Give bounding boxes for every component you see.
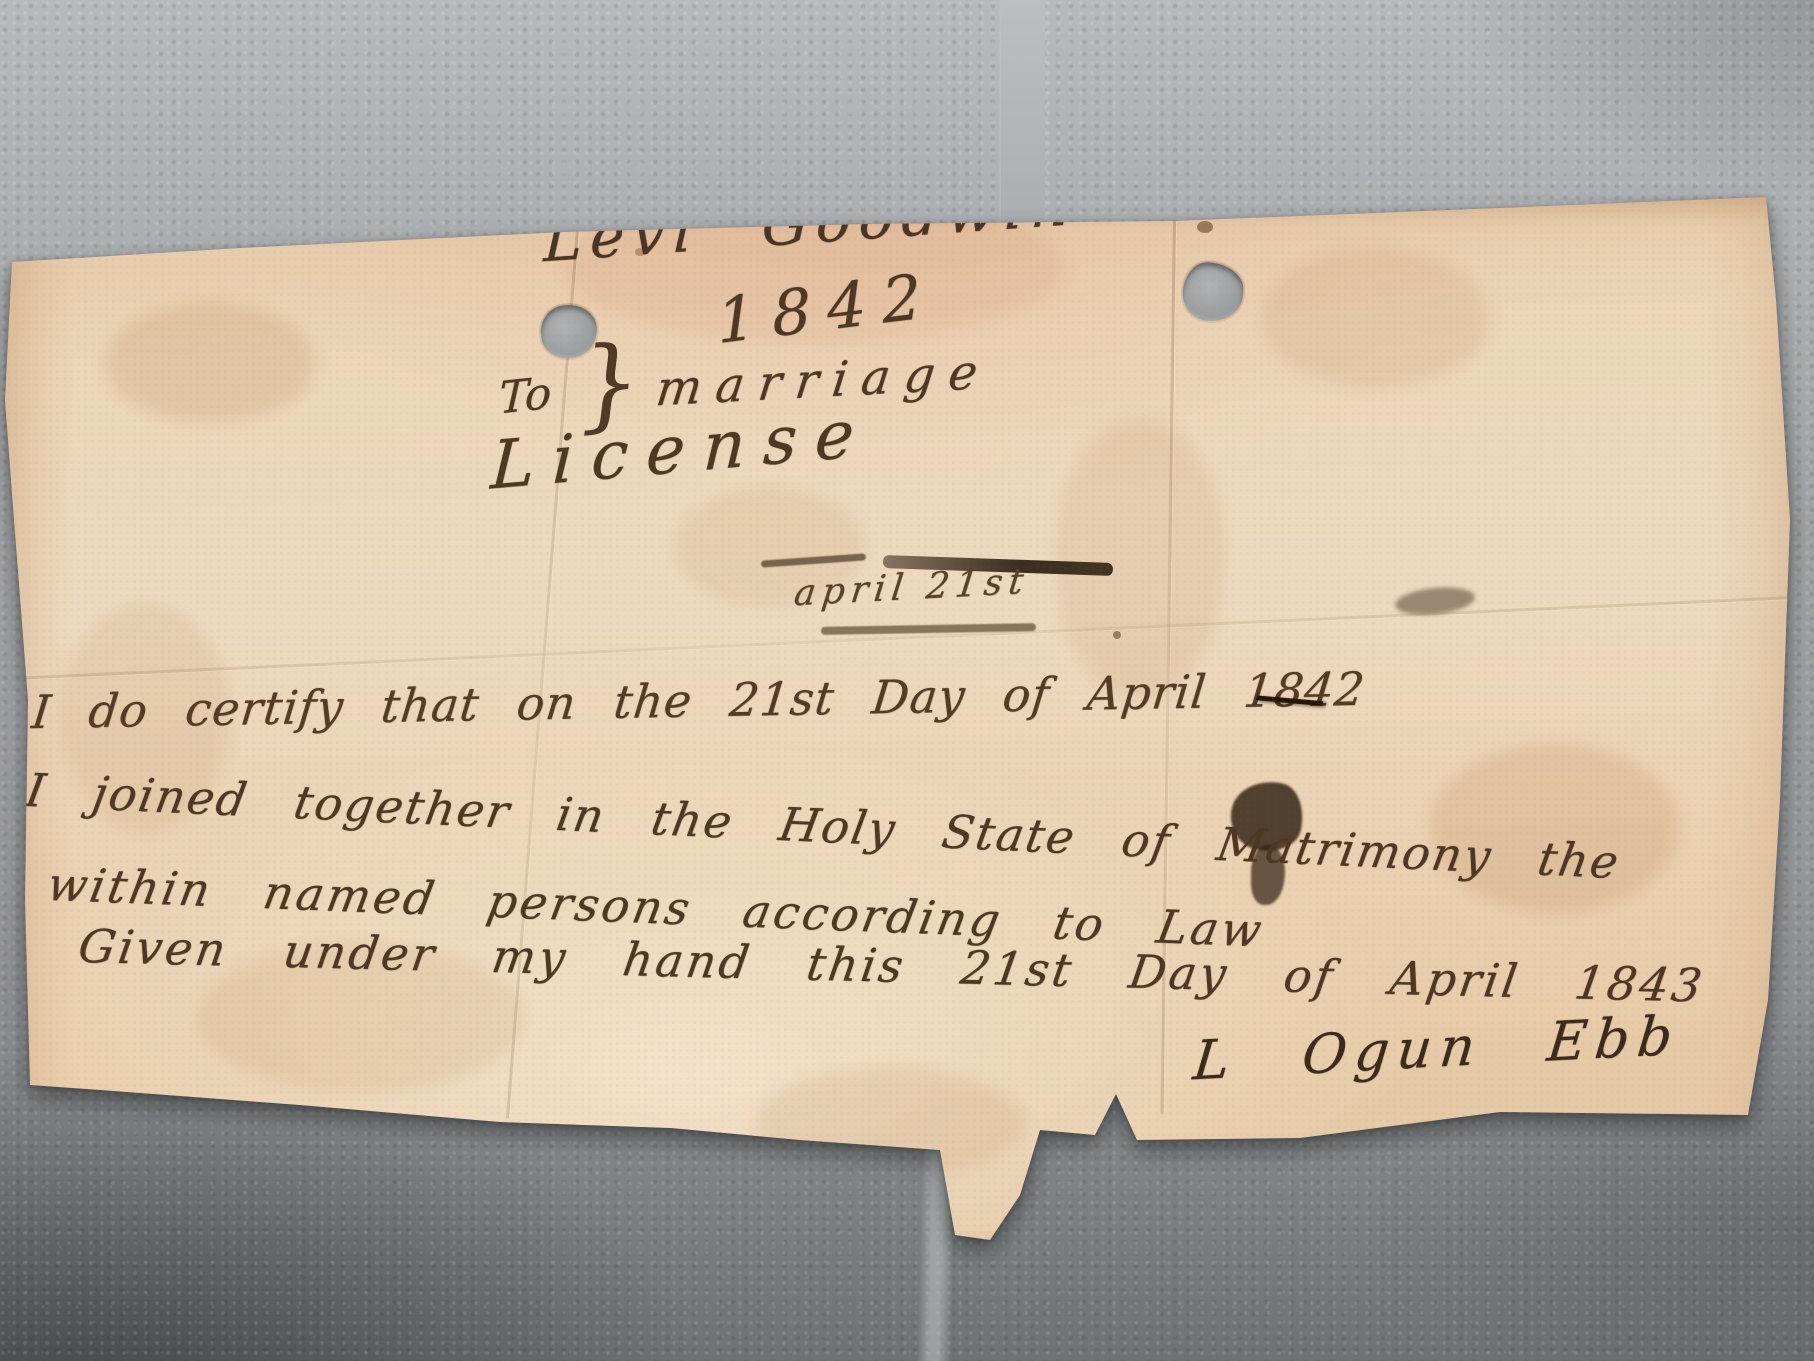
paper-stain [1260,248,1490,388]
fold-crease-vertical-left [506,229,579,1118]
punch-hole-right [1180,260,1246,324]
fold-crease-horizontal [9,596,1787,680]
document-paper-wrap: Levi Goodwin 1842 To } marriage License … [5,193,1795,1273]
marriage-license-paper: Levi Goodwin 1842 To } marriage License … [5,193,1795,1273]
paper-stain [755,1068,1025,1178]
body-line-1-dash: — [1251,671,1329,725]
paper-stain [105,303,315,423]
ink-speck [1113,631,1121,639]
photo-scene: Levi Goodwin 1842 To } marriage License … [0,0,1814,1361]
paper-stain [1055,418,1225,698]
docket-to-label: To [498,368,552,425]
officiant-signature: L Ogun Ebb [1190,1004,1683,1093]
ink-speck [1197,221,1213,233]
